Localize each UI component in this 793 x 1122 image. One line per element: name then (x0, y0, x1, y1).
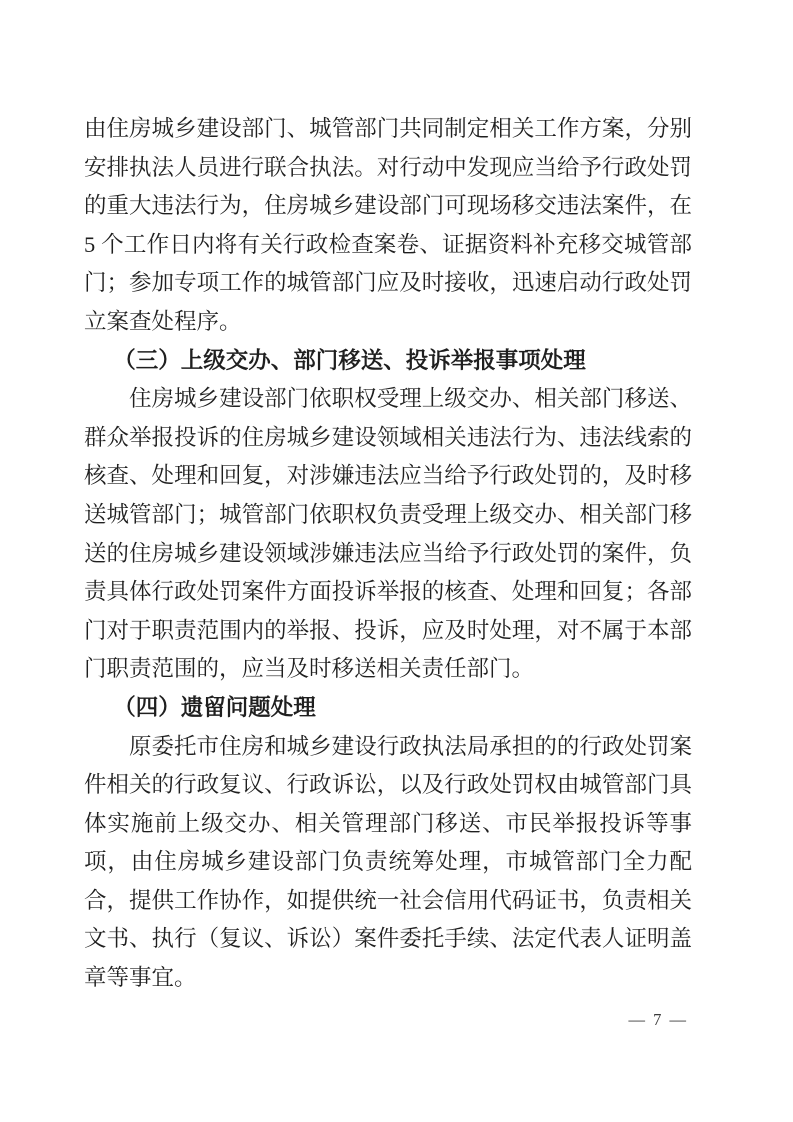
page-number: — 7 — (629, 1010, 689, 1030)
section-heading-four: （四）遗留问题处理 (84, 689, 692, 728)
paragraph: 住房城乡建设部门依职权受理上级交办、相关部门移送、群众举报投诉的住房城乡建设领域… (84, 380, 692, 689)
paragraph-continuation: 由住房城乡建设部门、城管部门共同制定相关工作方案，分别安排执法人员进行联合执法。… (84, 110, 692, 342)
document-body: 由住房城乡建设部门、城管部门共同制定相关工作方案，分别安排执法人员进行联合执法。… (84, 110, 692, 998)
document-page: 由住房城乡建设部门、城管部门共同制定相关工作方案，分别安排执法人员进行联合执法。… (0, 0, 793, 1122)
section-heading-three: （三）上级交办、部门移送、投诉举报事项处理 (84, 342, 692, 381)
paragraph: 原委托市住房和城乡建设行政执法局承担的的行政处罚案件相关的行政复议、行政诉讼，以… (84, 728, 692, 998)
